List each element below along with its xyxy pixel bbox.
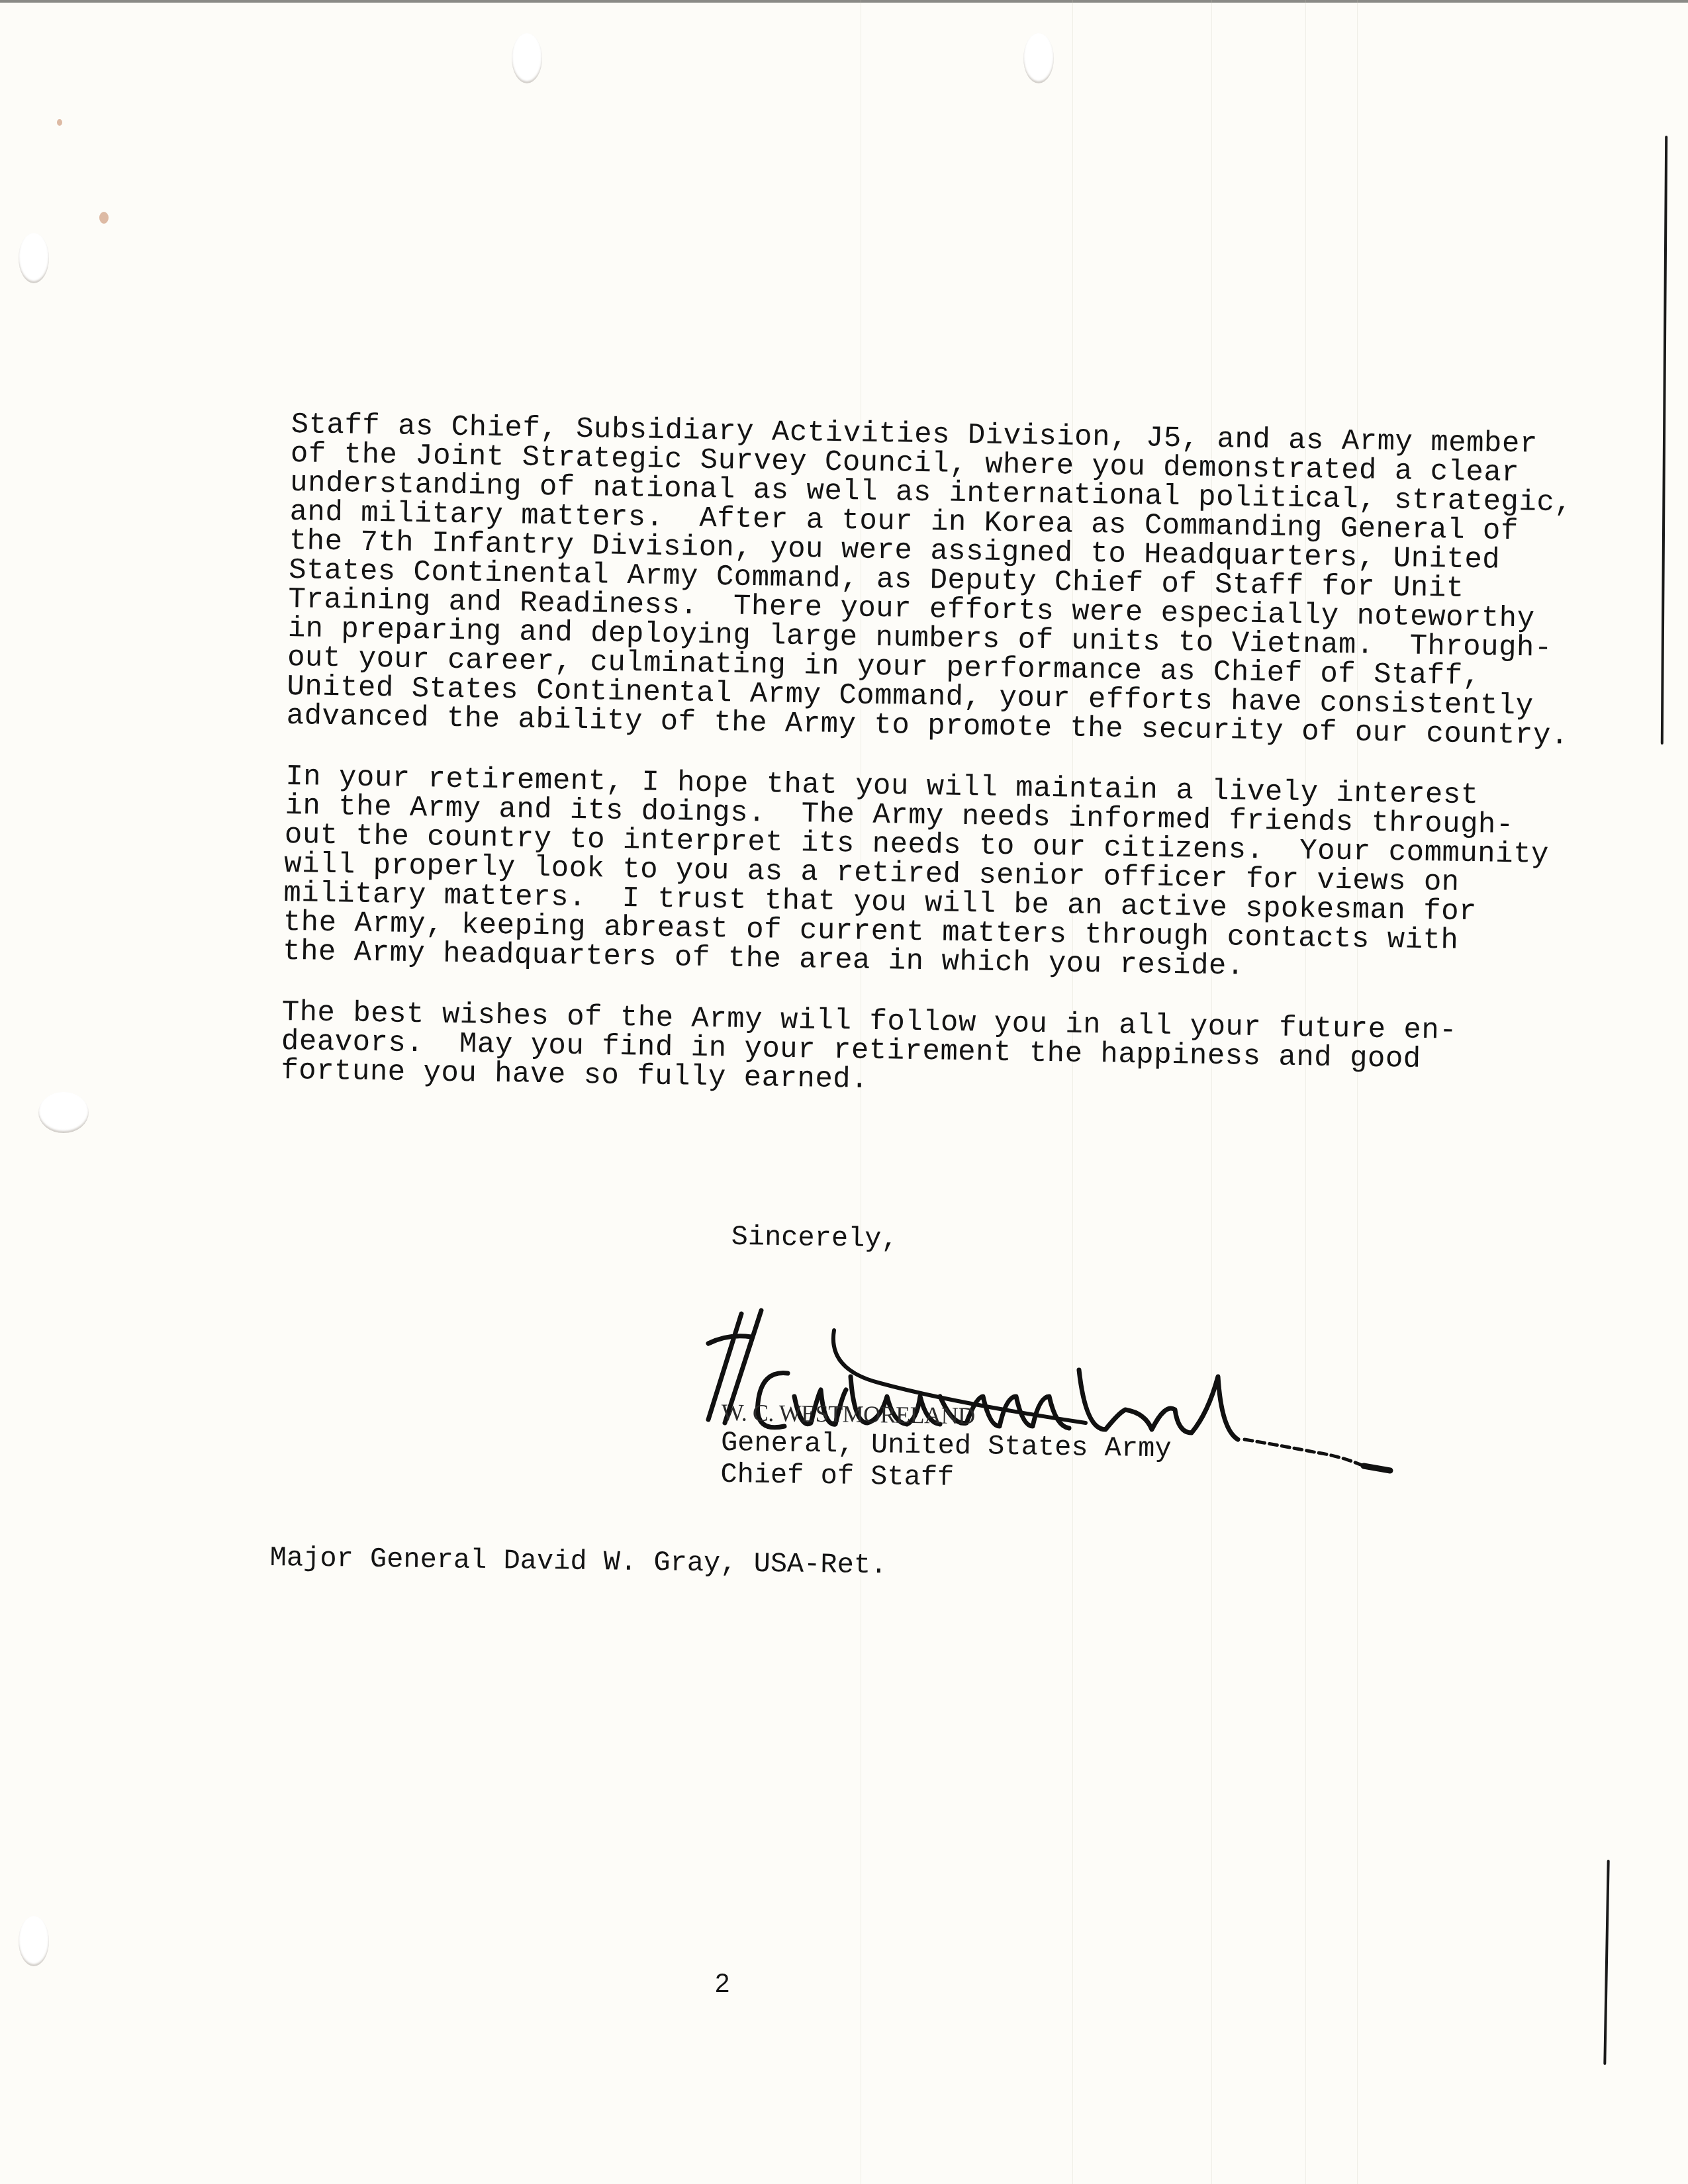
scan-top-edge bbox=[0, 0, 1688, 3]
paragraph-retirement: In your retirement, I hope that you will… bbox=[283, 762, 1544, 986]
signature-block: W. C. WESTMORELAND General, United State… bbox=[720, 1398, 1172, 1496]
letter-body: Staff as Chief, Subsidiary Activities Di… bbox=[280, 410, 1549, 1137]
closing-salutation: Sincerely, bbox=[731, 1221, 898, 1255]
paragraph-best-wishes: The best wishes of the Army will follow … bbox=[281, 998, 1540, 1105]
paper-stain bbox=[57, 119, 62, 126]
punch-hole-top-left bbox=[512, 33, 542, 83]
signer-position: Chief of Staff bbox=[720, 1459, 1171, 1496]
page-number: 2 bbox=[715, 1969, 729, 1999]
punch-hole-left-middle bbox=[38, 1092, 89, 1133]
paper-stain bbox=[99, 212, 109, 224]
margin-pen-mark bbox=[1603, 1860, 1609, 2065]
paragraph-career: Staff as Chief, Subsidiary Activities Di… bbox=[286, 410, 1548, 751]
recipient-name: Major General David W. Gray, USA-Ret. bbox=[269, 1542, 887, 1581]
punch-hole-top-right bbox=[1023, 33, 1054, 83]
margin-pen-mark bbox=[1661, 136, 1667, 745]
punch-hole-left-top bbox=[19, 233, 49, 283]
punch-hole-left-bottom bbox=[19, 1916, 49, 1966]
